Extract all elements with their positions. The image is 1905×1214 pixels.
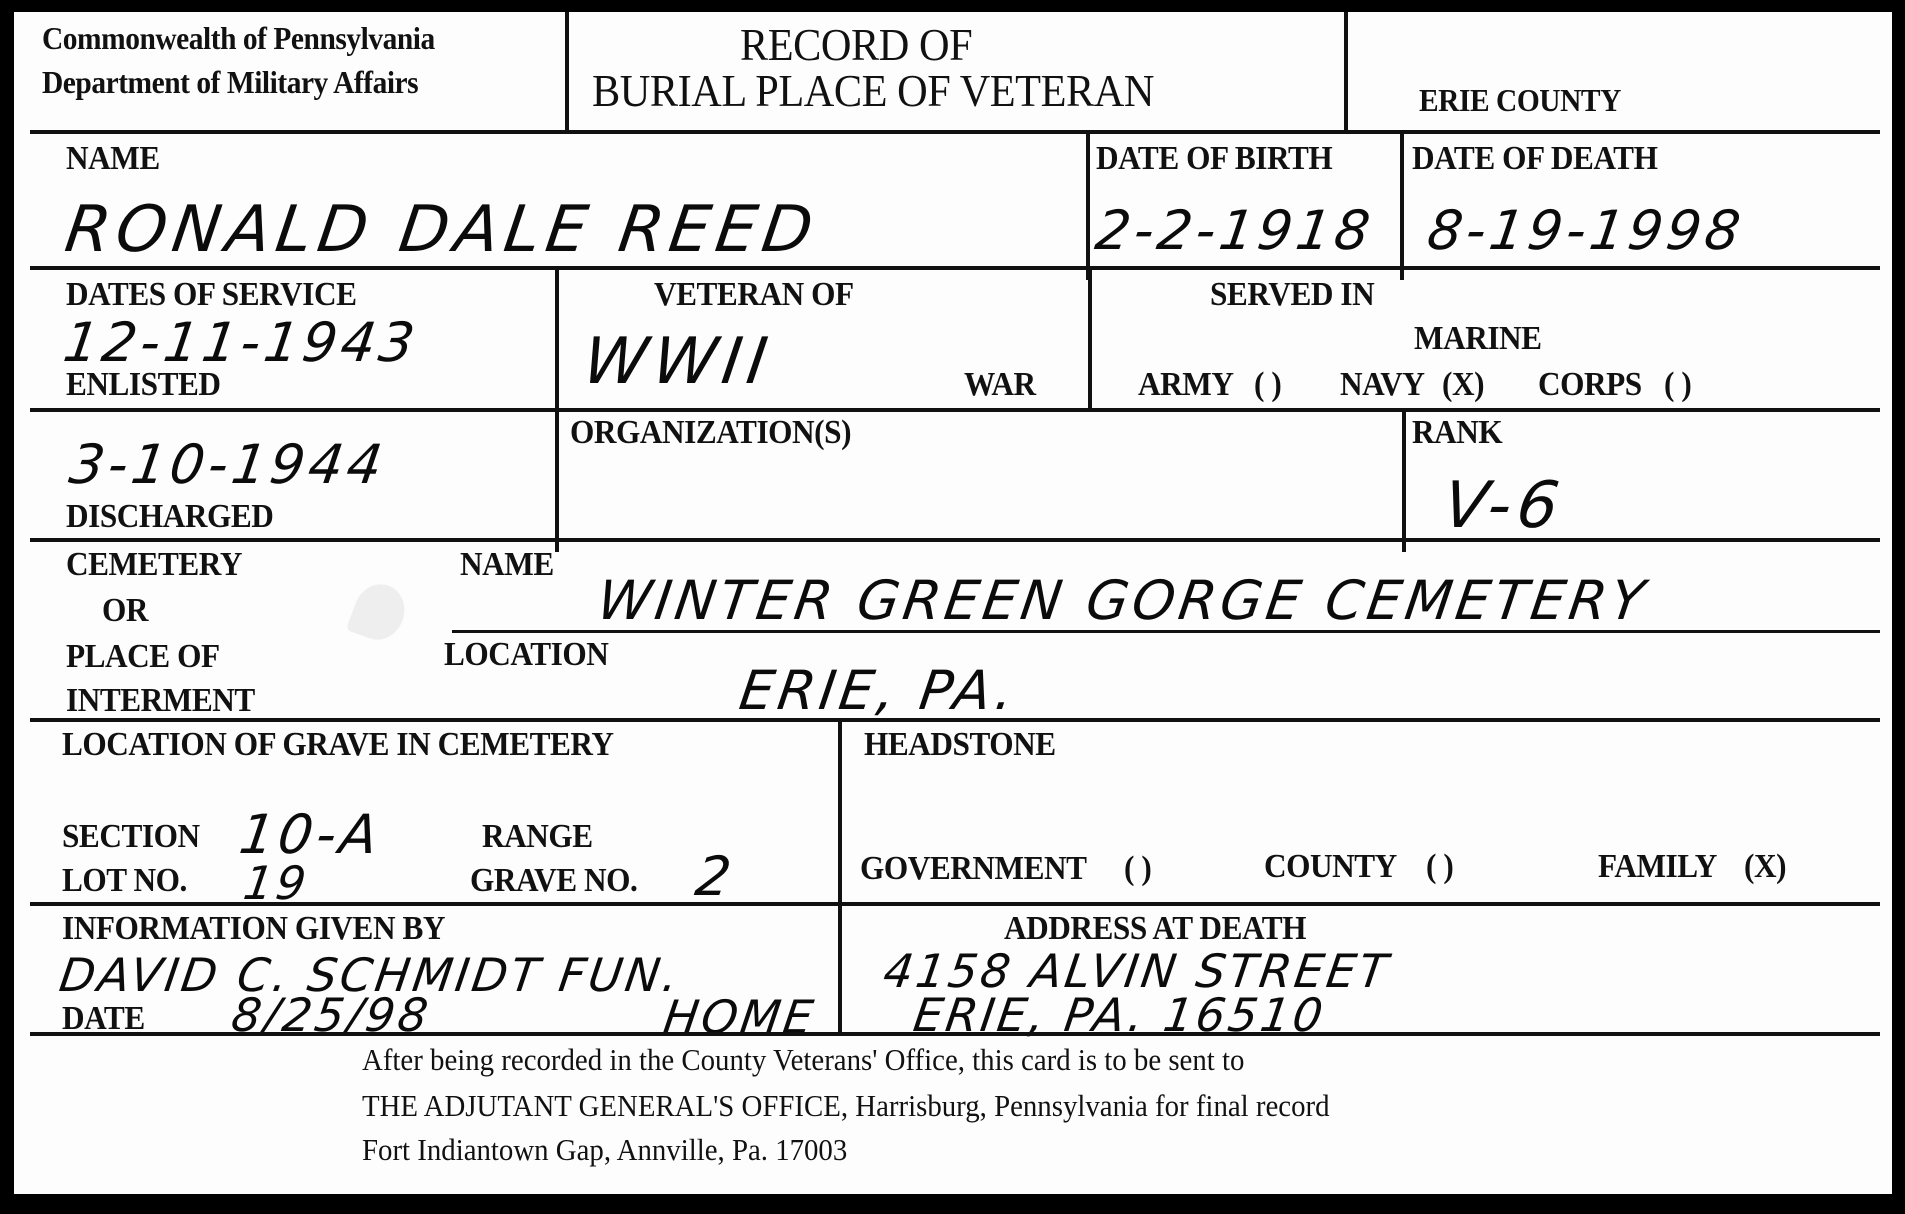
cemetery-location-value[interactable]: ERIE, PA. <box>736 664 1021 718</box>
cemetery-label-line-1: CEMETERY <box>66 548 242 582</box>
served-in-divider <box>1088 266 1092 408</box>
headstone-divider <box>838 718 842 904</box>
branch-army-checkbox[interactable]: ( ) <box>1254 368 1281 402</box>
dod-label: DATE OF DEATH <box>1412 142 1657 176</box>
organizations-label: ORGANIZATION(S) <box>570 416 851 450</box>
lot-no-value[interactable]: 19 <box>241 860 312 906</box>
cemetery-location-label: LOCATION <box>444 638 608 672</box>
address-at-death-label: ADDRESS AT DEATH <box>1004 912 1306 946</box>
service-row-rule <box>30 408 1880 412</box>
headstone-family-label: FAMILY <box>1598 850 1717 884</box>
cemetery-name-underline <box>452 630 1880 633</box>
grave-no-label: GRAVE NO. <box>470 864 637 898</box>
branch-navy-checkbox[interactable]: (X) <box>1442 368 1484 402</box>
dod-divider <box>1400 130 1404 280</box>
header-divider-2 <box>1344 12 1348 134</box>
rank-label: RANK <box>1412 416 1502 450</box>
title-line-1: RECORD OF <box>740 22 972 68</box>
section-value[interactable]: 10-A <box>236 808 385 862</box>
grave-row-rule <box>30 902 1880 906</box>
headstone-government-label: GOVERNMENT <box>860 852 1087 886</box>
enlisted-label: ENLISTED <box>66 368 221 402</box>
burial-record-card: Commonwealth of Pennsylvania Department … <box>14 12 1892 1194</box>
name-label: NAME <box>66 142 160 176</box>
name-row-rule <box>30 266 1880 270</box>
address-divider <box>838 902 842 1034</box>
county-label: ERIE COUNTY <box>1419 84 1621 116</box>
rank-value[interactable]: V-6 <box>1440 474 1569 538</box>
headstone-government-checkbox[interactable]: ( ) <box>1124 852 1151 886</box>
branch-marine-checkbox[interactable]: ( ) <box>1664 368 1691 402</box>
info-row-rule <box>30 1032 1880 1036</box>
cemetery-label-line-3: PLACE OF <box>66 640 220 674</box>
info-date-label: DATE <box>62 1002 145 1036</box>
range-label: RANGE <box>482 820 593 854</box>
marine-label-top: MARINE <box>1414 322 1542 356</box>
grave-no-value[interactable]: 2 <box>692 850 738 904</box>
cemetery-label-line-4: INTERMENT <box>66 684 255 718</box>
grave-location-title: LOCATION OF GRAVE IN CEMETERY <box>62 728 614 762</box>
cemetery-name-value[interactable]: WINTER GREEN GORGE CEMETERY <box>594 574 1651 628</box>
discharged-date-value[interactable]: 3-10-1944 <box>66 438 389 492</box>
dates-of-service-label: DATES OF SERVICE <box>66 278 357 312</box>
title-line-2: BURIAL PLACE OF VETERAN <box>592 68 1154 114</box>
discharged-label: DISCHARGED <box>66 500 273 534</box>
cemetery-label-line-2: OR <box>102 594 148 628</box>
faint-leaf-mark-icon <box>346 577 412 647</box>
cemetery-row-rule <box>30 718 1880 722</box>
rank-divider <box>1402 408 1406 552</box>
dob-value[interactable]: 2-2-1918 <box>1092 204 1377 258</box>
dod-value[interactable]: 8-19-1998 <box>1424 204 1747 258</box>
veteran-name-value[interactable]: RONALD DALE REED <box>62 198 823 262</box>
section-label: SECTION <box>62 820 200 854</box>
branch-navy-label: NAVY <box>1340 368 1424 402</box>
served-in-label: SERVED IN <box>1210 278 1374 312</box>
war-label: WAR <box>964 368 1036 402</box>
lot-no-label: LOT NO. <box>62 864 187 898</box>
headstone-family-checkbox[interactable]: (X) <box>1744 850 1786 884</box>
dob-label: DATE OF BIRTH <box>1096 142 1332 176</box>
headstone-title: HEADSTONE <box>864 728 1056 762</box>
header-bottom-rule <box>30 130 1880 134</box>
info-given-by-label: INFORMATION GIVEN BY <box>62 912 445 946</box>
dob-divider <box>1086 130 1090 280</box>
enlisted-date-value[interactable]: 12-11-1943 <box>60 316 421 370</box>
discharge-row-rule <box>30 538 1880 542</box>
branch-marine-corps-label: CORPS <box>1538 368 1642 402</box>
cemetery-name-label: NAME <box>460 548 554 582</box>
headstone-county-label: COUNTY <box>1264 850 1397 884</box>
header-divider-1 <box>565 12 569 134</box>
veteran-of-value[interactable]: WWII <box>580 330 777 394</box>
footer-line-2: THE ADJUTANT GENERAL'S OFFICE, Harrisbur… <box>362 1090 1330 1121</box>
headstone-county-checkbox[interactable]: ( ) <box>1426 850 1453 884</box>
footer-line-1: After being recorded in the County Veter… <box>362 1044 1244 1075</box>
branch-army-label: ARMY <box>1138 368 1233 402</box>
agency-line-2: Department of Military Affairs <box>42 66 418 98</box>
footer-line-3: Fort Indiantown Gap, Annville, Pa. 17003 <box>362 1134 847 1165</box>
agency-line-1: Commonwealth of Pennsylvania <box>42 22 435 54</box>
veteran-of-label: VETERAN OF <box>654 278 854 312</box>
